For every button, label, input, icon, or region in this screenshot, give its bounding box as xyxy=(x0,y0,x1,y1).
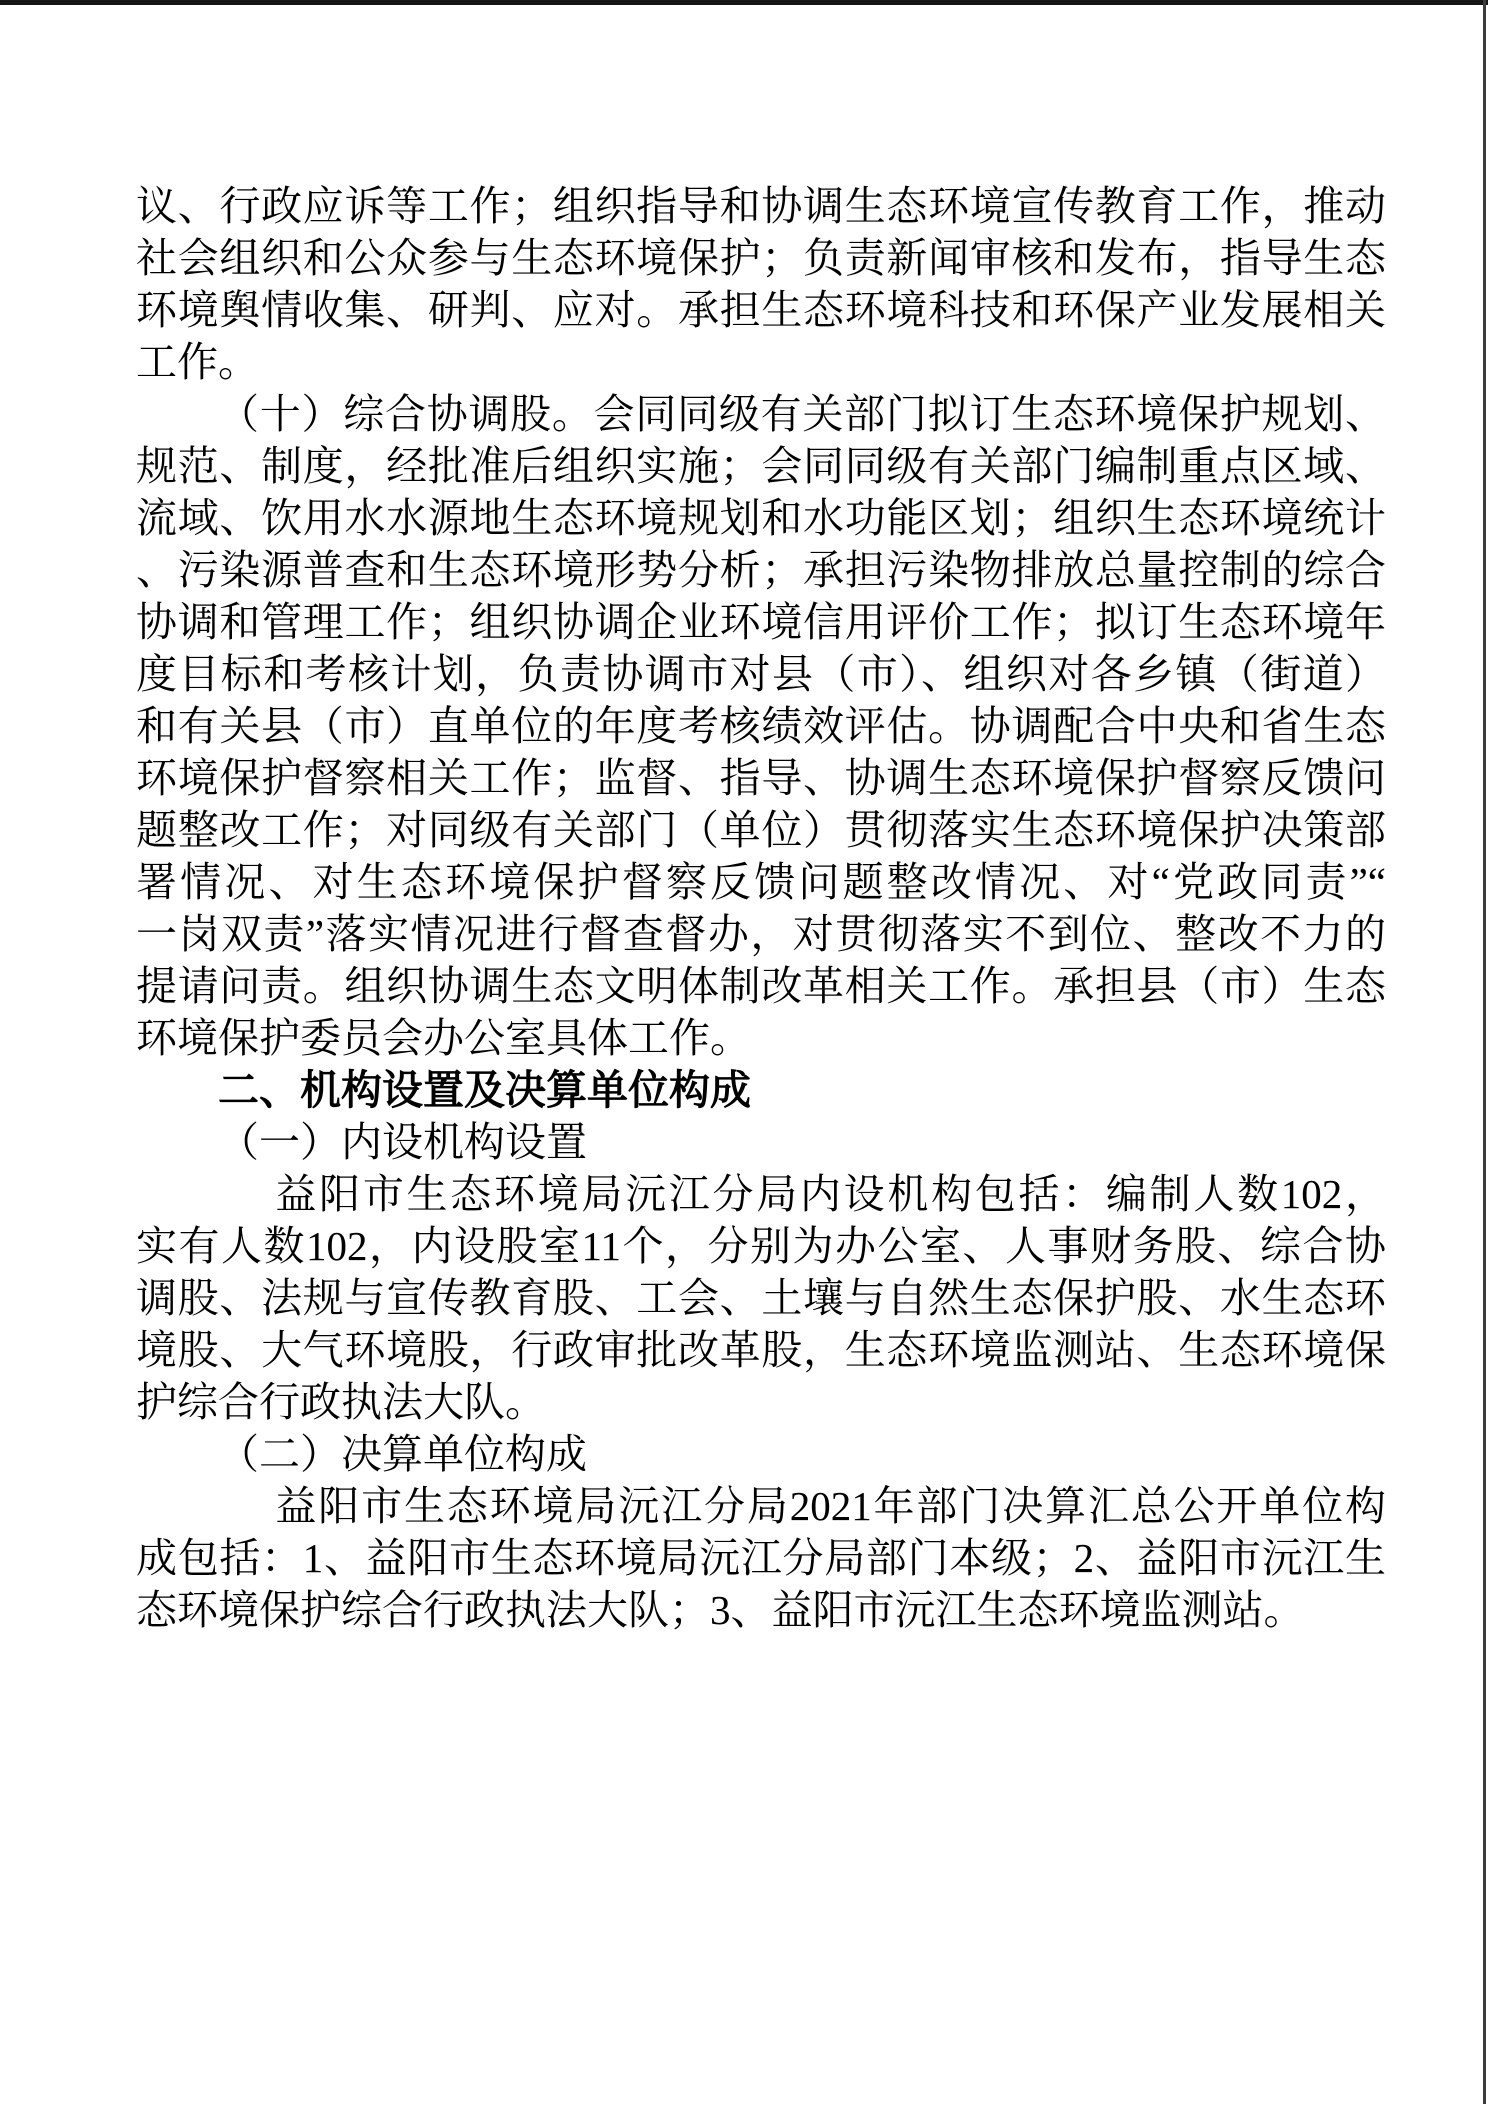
page-right-edge xyxy=(1483,0,1486,2104)
text-line: （二）决算单位构成 xyxy=(136,1428,1386,1480)
text-line: 议、行政应诉等工作；组织指导和协调生态环境宣传教育工作，推动 xyxy=(136,180,1386,232)
text-line: 调股、法规与宣传教育股、工会、土壤与自然生态保护股、水生态环 xyxy=(136,1272,1386,1324)
document-page: 议、行政应诉等工作；组织指导和协调生态环境宣传教育工作，推动社会组织和公众参与生… xyxy=(0,0,1488,2104)
text-line: 、污染源普查和生态环境形势分析；承担污染物排放总量控制的综合 xyxy=(136,544,1386,596)
text-line: 益阳市生态环境局沅江分局2021年部门决算汇总公开单位构 xyxy=(136,1480,1386,1532)
text-line: 提请问责。组织协调生态文明体制改革相关工作。承担县（市）生态 xyxy=(136,960,1386,1012)
document-body: 议、行政应诉等工作；组织指导和协调生态环境宣传教育工作，推动社会组织和公众参与生… xyxy=(136,180,1386,1636)
text-line: 态环境保护综合行政执法大队；3、益阳市沅江生态环境监测站。 xyxy=(136,1584,1386,1636)
text-line: 规范、制度，经批准后组织实施；会同同级有关部门编制重点区域、 xyxy=(136,440,1386,492)
text-line: 署情况、对生态环境保护督察反馈问题整改情况、对“党政同责”“ xyxy=(136,856,1386,908)
text-line: 实有人数102，内设股室11个，分别为办公室、人事财务股、综合协 xyxy=(136,1220,1386,1272)
text-line: 境股、大气环境股，行政审批改革股，生态环境监测站、生态环境保 xyxy=(136,1324,1386,1376)
text-line: 协调和管理工作；组织协调企业环境信用评价工作；拟订生态环境年 xyxy=(136,596,1386,648)
text-line: 益阳市生态环境局沅江分局内设机构包括：编制人数102， xyxy=(136,1168,1386,1220)
text-line: 工作。 xyxy=(136,336,1386,388)
text-line: 环境保护督察相关工作；监督、指导、协调生态环境保护督察反馈问 xyxy=(136,752,1386,804)
text-line: 环境舆情收集、研判、应对。承担生态环境科技和环保产业发展相关 xyxy=(136,284,1386,336)
text-line: 和有关县（市）直单位的年度考核绩效评估。协调配合中央和省生态 xyxy=(136,700,1386,752)
text-line: 一岗双责”落实情况进行督查督办，对贯彻落实不到位、整改不力的 xyxy=(136,908,1386,960)
text-line: （一）内设机构设置 xyxy=(136,1116,1386,1168)
section-heading: 二、机构设置及决算单位构成 xyxy=(136,1064,1386,1116)
text-line: 成包括：1、益阳市生态环境局沅江分局部门本级；2、益阳市沅江生 xyxy=(136,1532,1386,1584)
text-line: 护综合行政执法大队。 xyxy=(136,1376,1386,1428)
text-line: 环境保护委员会办公室具体工作。 xyxy=(136,1012,1386,1064)
text-line: 题整改工作；对同级有关部门（单位）贯彻落实生态环境保护决策部 xyxy=(136,804,1386,856)
text-line: （十）综合协调股。会同同级有关部门拟订生态环境保护规划、 xyxy=(136,388,1386,440)
page-top-edge xyxy=(0,0,1488,5)
text-line: 流域、饮用水水源地生态环境规划和水功能区划；组织生态环境统计 xyxy=(136,492,1386,544)
text-line: 度目标和考核计划，负责协调市对县（市）、组织对各乡镇（街道） xyxy=(136,648,1386,700)
text-line: 社会组织和公众参与生态环境保护；负责新闻审核和发布，指导生态 xyxy=(136,232,1386,284)
